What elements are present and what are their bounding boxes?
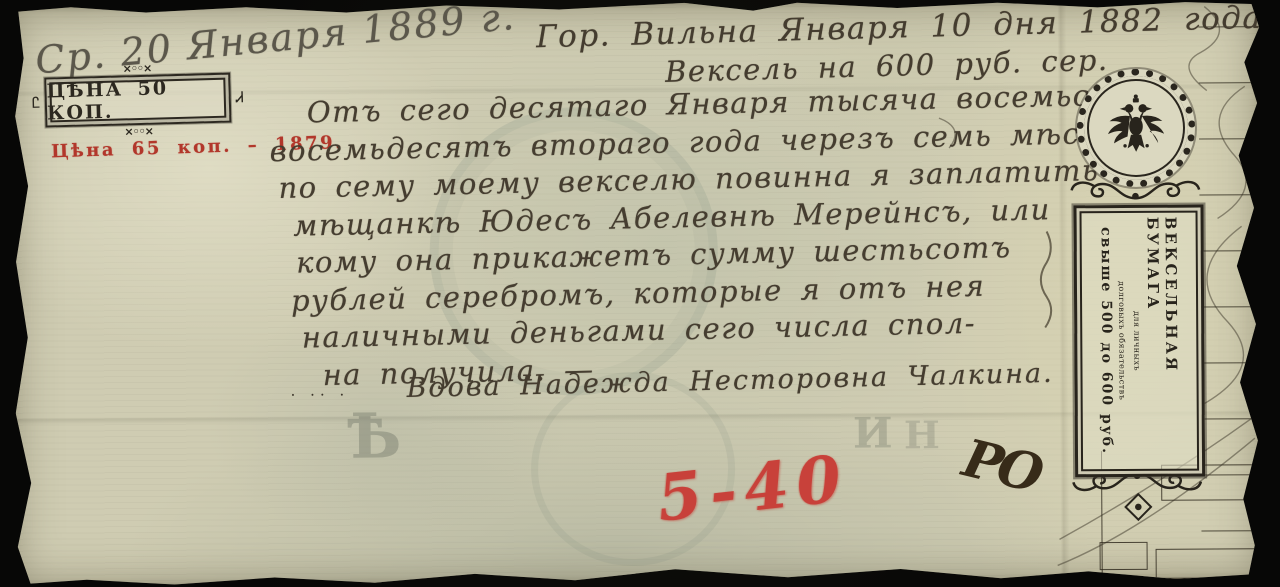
- stamp-denomination: свыше 500 до 600 руб.: [1098, 227, 1115, 455]
- revenue-stamp-text: ВЕКСЕЛЬНАЯ БУМАГА для личныхъ долговыхъ …: [1098, 217, 1182, 465]
- stamp-ornament-left: Ꮭ: [32, 94, 41, 112]
- stamp-ornament-top: ×◦◦×: [123, 62, 152, 76]
- printed-rule: [1199, 82, 1269, 83]
- stamp-ornament-right: Ꮧ: [236, 88, 244, 106]
- printed-form-box: [1156, 548, 1274, 579]
- ink-monogram: РО: [957, 428, 1046, 505]
- pencil-docket-date: Ср. 20 Января 1889 г.: [33, 0, 517, 83]
- double-headed-eagle-icon: [1102, 92, 1170, 164]
- stamp-subtitle-2: долговыхъ обязательствъ: [1117, 281, 1127, 400]
- watermark-letter: Ѣ: [347, 399, 402, 472]
- printed-rule: [1201, 418, 1271, 419]
- document-scan: Ѣ И Н Ср.: [0, 0, 1280, 587]
- printed-rule: [1199, 194, 1269, 195]
- promissory-note-paper: Ѣ И Н Ср.: [8, 0, 1264, 587]
- watermark-letter: Н: [904, 412, 940, 457]
- printed-rule: [1200, 306, 1270, 307]
- watermark-letter: И: [853, 408, 893, 457]
- printed-rule: [1200, 362, 1270, 363]
- red-crayon-price: 5-40: [654, 441, 853, 537]
- printed-rule: [1199, 138, 1269, 139]
- printed-rule: [1201, 530, 1271, 531]
- stamp-title: ВЕКСЕЛЬНАЯ БУМАГА: [1144, 217, 1182, 465]
- handwritten-body: Отъ сего десятаго Января тысяча восемьсо…: [266, 76, 1165, 395]
- eagle-medallion: [1077, 69, 1196, 188]
- printed-form-box: [1100, 542, 1148, 570]
- stamp-ornament-bottom: ×◦◦×: [124, 125, 153, 139]
- revenue-stamp-frame: ВЕКСЕЛЬНАЯ БУМАГА для личныхъ долговыхъ …: [1073, 205, 1205, 478]
- stamp-subtitle-1: для личныхъ: [1132, 311, 1141, 371]
- price-stamp-label: ЦѢНА 50 КОП.: [46, 76, 229, 125]
- price-stamp-box: ×◦◦× ЦѢНА 50 КОП. ×◦◦× Ꮭ Ꮧ: [44, 73, 231, 128]
- scroll-flourish-top: [1063, 175, 1207, 204]
- printed-rule: [1200, 250, 1270, 251]
- ink-specks: · ·· ·: [291, 386, 350, 404]
- stamp-pendant-ornament: [1124, 493, 1152, 521]
